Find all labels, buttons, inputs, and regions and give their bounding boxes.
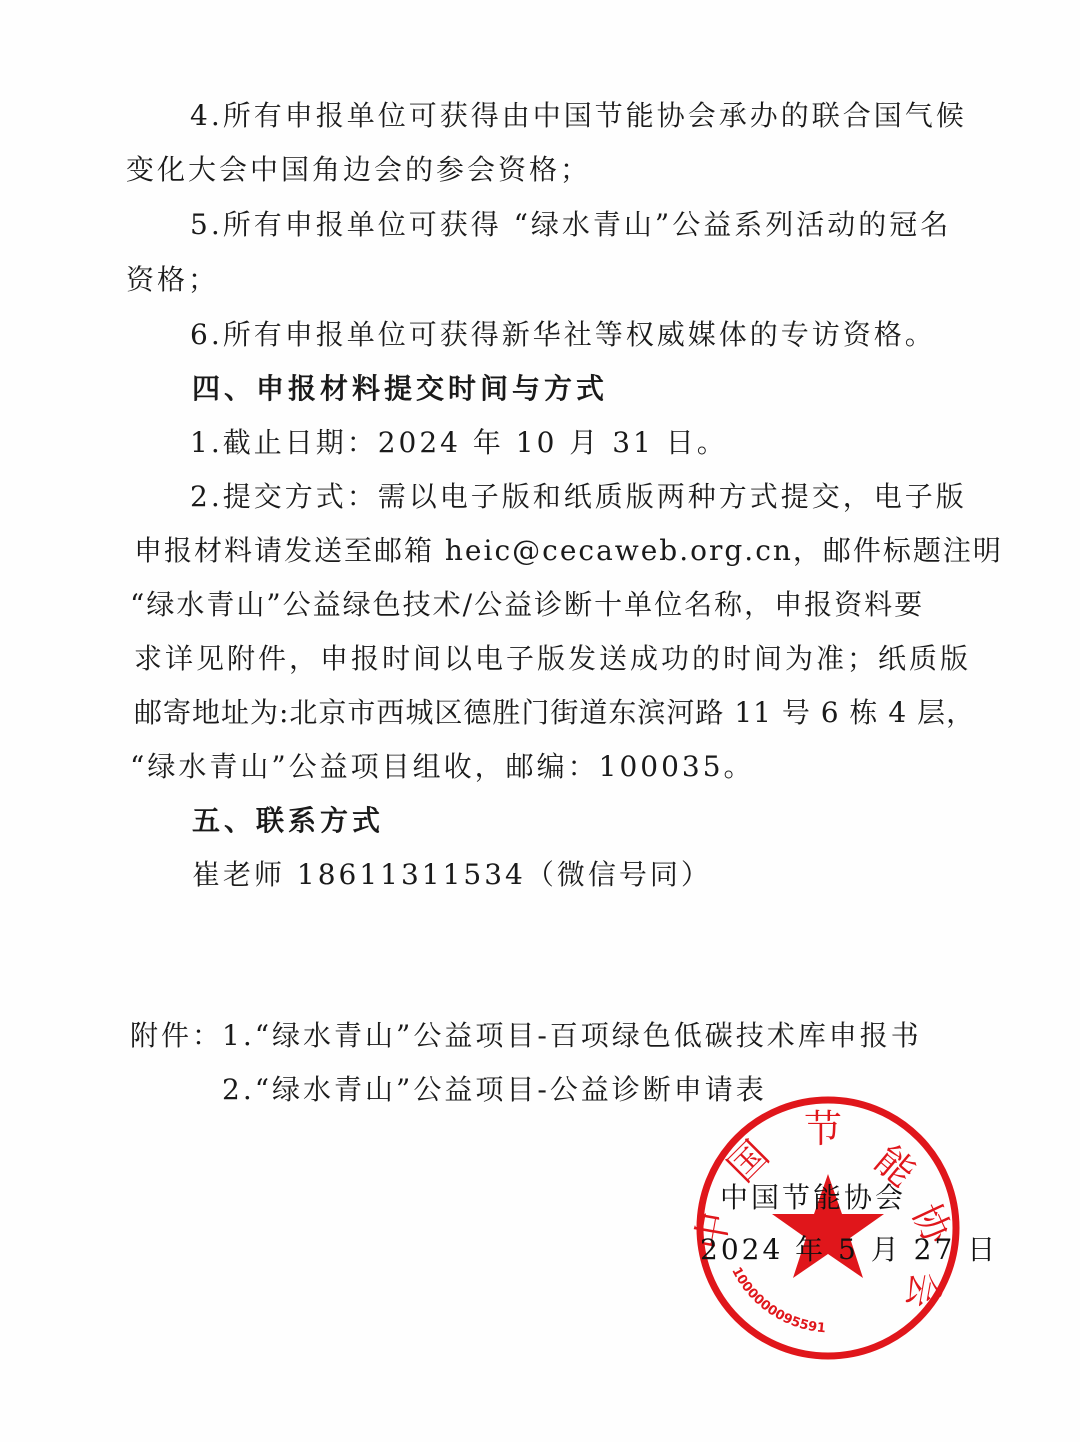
benefit-item-5-line-1: 5.所有申报单位可获得 “绿水青山”公益系列活动的冠名	[190, 205, 951, 245]
attachment-item-1: 1.“绿水青山”公益项目-百项绿色低碳技术库申报书	[222, 1016, 922, 1056]
mailing-address-line: 邮寄地址为:北京市西城区德胜门街道东滨河路 11 号 6 栋 4 层，	[134, 693, 975, 733]
section-4-heading: 四、申报材料提交时间与方式	[192, 369, 608, 409]
svg-text:节: 节	[804, 1107, 842, 1151]
submission-line-1: 2.提交方式：需以电子版和纸质版两种方式提交，电子版	[190, 477, 967, 517]
attachments-label: 附件：	[130, 1016, 223, 1056]
signature-organization: 中国节能协会	[720, 1178, 906, 1218]
svg-text:会: 会	[899, 1268, 949, 1313]
deadline-line: 1.截止日期：2024 年 10 月 31 日。	[190, 423, 728, 463]
benefit-item-6: 6.所有申报单位可获得新华社等权威媒体的专访资格。	[190, 315, 936, 355]
section-5-heading: 五、联系方式	[192, 801, 384, 841]
signature-date: 2024 年 5 月 27 日	[700, 1230, 998, 1270]
official-seal-icon: 中 国 节 能 协 会 1000000095591	[692, 1092, 964, 1364]
contact-line: 崔老师 18611311534（微信号同）	[192, 855, 712, 895]
postal-code-line: “绿水青山”公益项目组收，邮编：100035。	[130, 747, 755, 787]
submission-line-3: “绿水青山”公益绿色技术/公益诊断十单位名称，申报资料要	[130, 585, 924, 625]
benefit-item-4-line-1: 4.所有申报单位可获得由中国节能协会承办的联合国气候	[190, 96, 967, 136]
submission-line-2: 申报材料请发送至邮箱 heic@cecaweb.org.cn，邮件标题注明	[134, 531, 1003, 571]
attachment-item-2: 2.“绿水青山”公益项目-公益诊断申请表	[222, 1070, 767, 1110]
benefit-item-4-line-2: 变化大会中国角边会的参会资格；	[126, 150, 591, 190]
submission-line-4: 求详见附件，申报时间以电子版发送成功的时间为准；纸质版	[134, 639, 971, 679]
benefit-item-5-line-2: 资格；	[126, 260, 219, 300]
